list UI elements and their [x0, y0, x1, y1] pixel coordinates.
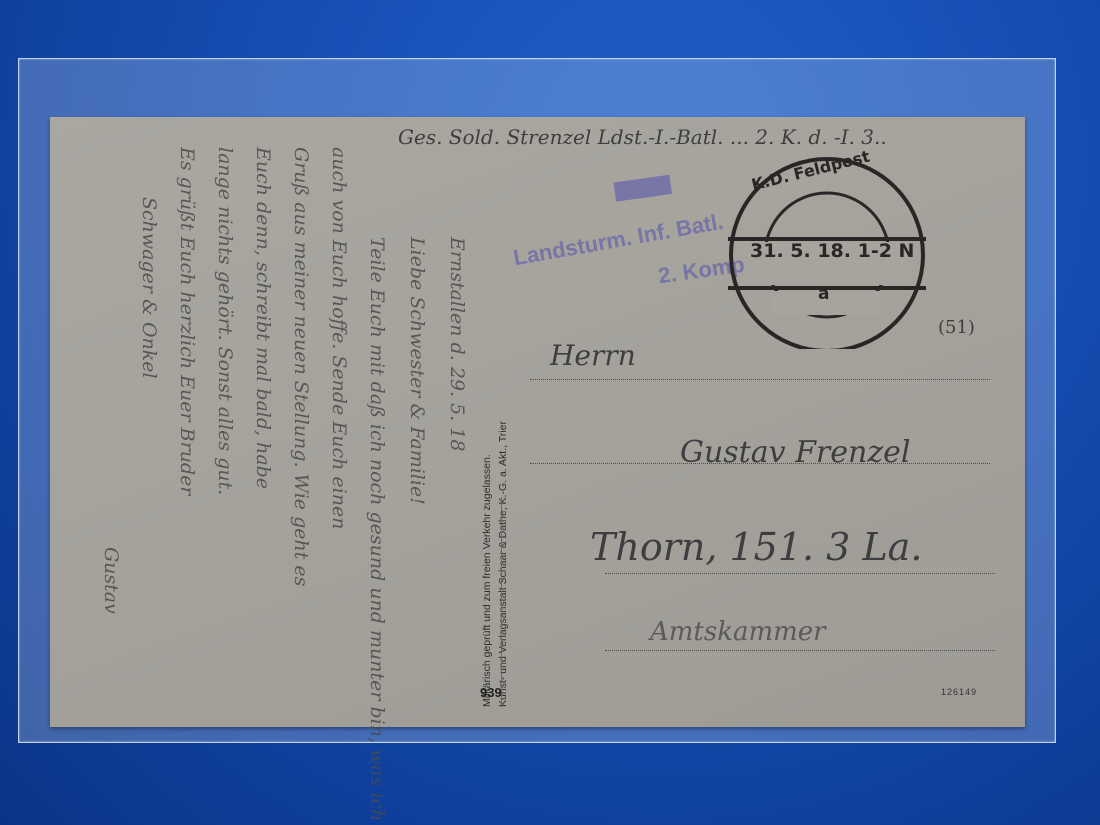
imprint-censor-line: Militärisch geprüft und zum freien Verke…	[479, 227, 495, 707]
message-date: Ernstallen d. 29. 5. 18	[446, 237, 468, 451]
circled-note: (51)	[938, 317, 975, 338]
message-line: Gruß aus meiner neuen Stellung. Wie geht…	[290, 147, 312, 586]
message-line: lange nichts gehört. Sonst alles gut.	[214, 147, 236, 495]
address-line-4	[605, 650, 995, 651]
address-line-2	[530, 463, 990, 464]
address-city: Thorn, 151. 3 La.	[590, 525, 922, 569]
postcard: Ernstallen d. 29. 5. 18 Liebe Schwester …	[50, 117, 1025, 727]
message-line: Euch denn, schreibt mal bald, habe	[252, 147, 274, 489]
address-line-3	[605, 573, 995, 574]
message-line: Schwager & Onkel	[138, 197, 160, 379]
message-line: Liebe Schwester & Familie!	[406, 237, 428, 505]
address-salutation: Herrn	[550, 339, 636, 372]
publisher-imprint: Militärisch geprüft und zum freien Verke…	[479, 227, 511, 707]
imprint-publisher-line: Kunst- und Verlagsanstalt Schaar & Dathe…	[495, 227, 511, 707]
address-district: Amtskammer	[650, 617, 826, 647]
message-line: auch von Euch hoffe. Sende Euch einen	[328, 147, 350, 529]
message-signature: Gustav	[100, 547, 122, 614]
address-line-1	[530, 379, 990, 380]
message-line: Teile Euch mit daß ich noch gesund und m…	[366, 237, 388, 821]
unit-stamp-line1: ▇▇▇▇	[614, 173, 672, 202]
address-name: Gustav Frenzel	[680, 435, 911, 470]
print-number: 126149	[941, 687, 977, 697]
message-area: Ernstallen d. 29. 5. 18 Liebe Schwester …	[50, 117, 490, 727]
catalog-number: 939	[480, 685, 502, 700]
center-divider	[501, 497, 502, 707]
postmark-date: 31. 5. 18. 1-2 N	[750, 240, 914, 262]
postmark-letter: a	[818, 284, 829, 304]
message-line: Es grüßt Euch herzlich Euer Bruder	[176, 147, 198, 495]
